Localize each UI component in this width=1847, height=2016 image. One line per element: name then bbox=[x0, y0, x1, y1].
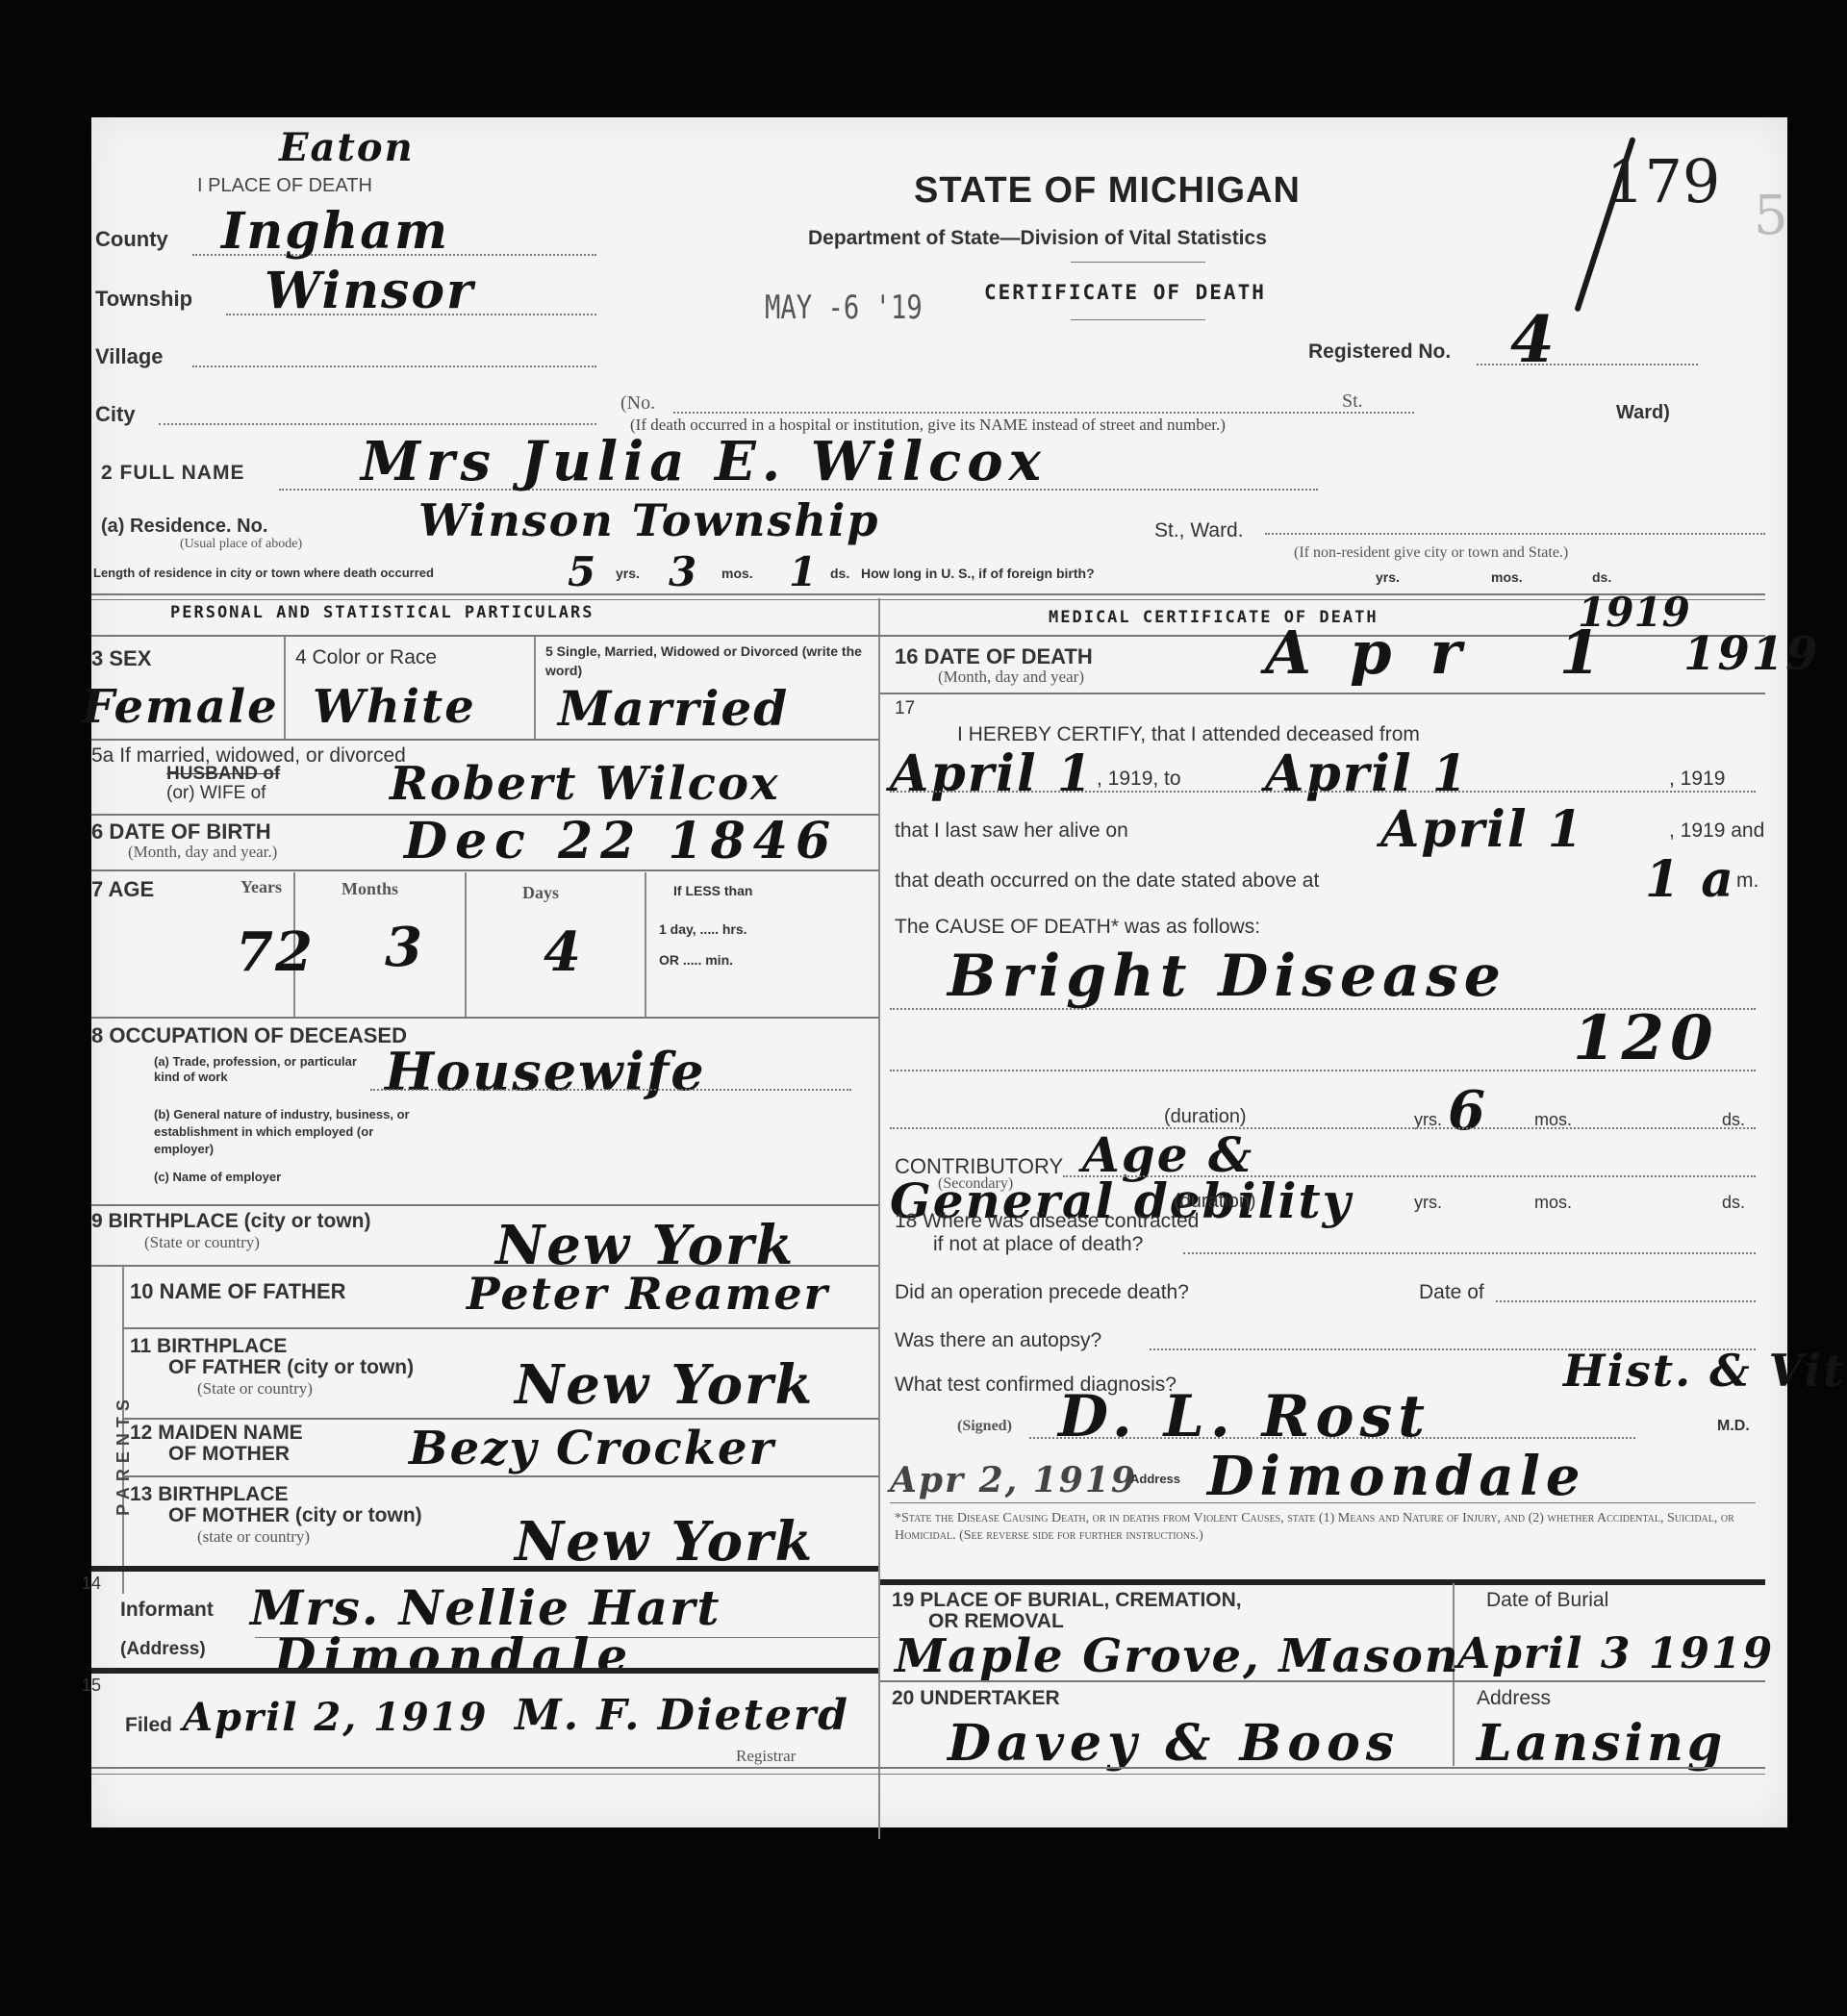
date-of-death-year: 1919 bbox=[1683, 627, 1820, 681]
filed-label: Filed bbox=[125, 1714, 172, 1737]
mother-maiden-label-2: OF MOTHER bbox=[168, 1443, 290, 1466]
occupation-a-label: (a) Trade, profession, or particular kin… bbox=[154, 1054, 366, 1085]
us-yrs-label: yrs. bbox=[1376, 569, 1400, 585]
marital-value: Married bbox=[558, 680, 789, 737]
mother-maiden-label-1: 12 MAIDEN NAME bbox=[130, 1422, 303, 1445]
occupation-value: Housewife bbox=[385, 1041, 706, 1102]
date-of-death-sublabel: (Month, day and year) bbox=[938, 668, 1084, 687]
township-value: Winsor bbox=[265, 262, 474, 320]
state-title: STATE OF MICHIGAN bbox=[914, 170, 1301, 212]
nonresident-note: (If non-resident give city or town and S… bbox=[1294, 544, 1568, 562]
informant-address-value: Dimondale bbox=[274, 1627, 635, 1684]
age-years-value: 72 bbox=[236, 920, 315, 984]
place-of-death-label: I PLACE OF DEATH bbox=[197, 175, 372, 197]
contributory-yrs-label: yrs. bbox=[1414, 1193, 1442, 1213]
informant-number: 14 bbox=[82, 1574, 101, 1594]
registered-no-label: Registered No. bbox=[1308, 340, 1451, 364]
physician-address-label: Address bbox=[1130, 1472, 1180, 1486]
dob-sublabel: (Month, day and year.) bbox=[128, 843, 277, 862]
annotation-eaton: Eaton bbox=[279, 125, 415, 170]
st-label: St. bbox=[1342, 391, 1363, 413]
cause-duration-label: (duration) bbox=[1164, 1106, 1247, 1128]
township-label: Township bbox=[95, 287, 192, 312]
age-label: 7 AGE bbox=[91, 877, 154, 902]
st-ward-label: St., Ward. bbox=[1154, 519, 1244, 542]
residence-sublabel: (Usual place of abode) bbox=[180, 537, 302, 552]
registrar-signature: M. F. Dieterd bbox=[515, 1691, 849, 1740]
ward-label: Ward) bbox=[1616, 402, 1670, 424]
physician-address-value: Dimondale bbox=[1207, 1445, 1586, 1508]
residence-value: Winson Township bbox=[418, 494, 879, 546]
length-ds-value: 1 bbox=[789, 548, 819, 595]
less-min-label: OR ..... min. bbox=[659, 952, 733, 968]
disease-contracted-label-2: if not at place of death? bbox=[933, 1233, 1143, 1256]
md-label: M.D. bbox=[1717, 1418, 1750, 1435]
spouse-label-husband: HUSBAND of bbox=[166, 764, 280, 785]
cause-footnote: *State the Disease Causing Death, or in … bbox=[895, 1510, 1751, 1545]
days-label: Days bbox=[522, 883, 559, 903]
length-residence-label: Length of residence in city or town wher… bbox=[93, 566, 434, 580]
margin-mark: 5 bbox=[1754, 185, 1788, 247]
attended-from-value: April 1 bbox=[890, 744, 1094, 803]
cause-value: Bright Disease bbox=[948, 943, 1506, 1010]
length-mos-label: mos. bbox=[721, 566, 753, 581]
employer-label: (c) Name of employer bbox=[154, 1170, 281, 1184]
city-label: City bbox=[95, 402, 136, 427]
certify-text: I HEREBY CERTIFY, that I attended deceas… bbox=[957, 723, 1420, 746]
death-certificate-page: Eaton I PLACE OF DEATH County Ingham Tow… bbox=[91, 117, 1787, 1827]
item-17-number: 17 bbox=[895, 698, 915, 719]
disease-contracted-label-1: 18 Where was disease contracted bbox=[895, 1210, 1199, 1233]
years-label: Years bbox=[240, 877, 282, 897]
father-birthplace-sublabel: (State or country) bbox=[197, 1379, 313, 1399]
last-saw-text: that I last saw her alive on bbox=[895, 819, 1128, 843]
marital-label: 5 Single, Married, Widowed or Divorced (… bbox=[545, 642, 863, 680]
mother-maiden-value: Bezy Crocker bbox=[409, 1422, 775, 1475]
occurred-time-value: 1 a bbox=[1645, 850, 1735, 909]
full-name-label: 2 FULL NAME bbox=[101, 462, 244, 485]
length-ds-label: ds. bbox=[830, 566, 849, 581]
date-of-death-value: Apr 1 bbox=[1265, 617, 1639, 688]
cause-duration-yrs-value: 6 bbox=[1448, 1079, 1487, 1143]
father-name-value: Peter Reamer bbox=[467, 1268, 829, 1320]
physician-signature: D. L. Rost bbox=[1058, 1383, 1430, 1450]
us-mos-label: mos. bbox=[1491, 569, 1523, 585]
length-yrs-value: 5 bbox=[568, 548, 597, 595]
sex-label: 3 SEX bbox=[91, 646, 151, 671]
registered-no-value: 4 bbox=[1510, 302, 1556, 377]
contributory-ds-label: ds. bbox=[1722, 1193, 1745, 1213]
mother-birthplace-value: New York bbox=[515, 1510, 814, 1574]
dob-value: Dec 22 1846 bbox=[404, 812, 838, 870]
spouse-label-wife: (or) WIFE of bbox=[166, 783, 266, 804]
filed-date-value: April 2, 1919 bbox=[183, 1695, 488, 1740]
mother-birthplace-label-1: 13 BIRTHPLACE bbox=[130, 1483, 289, 1506]
department-subtitle: Department of State—Division of Vital St… bbox=[808, 227, 1267, 250]
birthplace-label: 9 BIRTHPLACE (city or town) bbox=[91, 1210, 371, 1233]
residence-label: (a) Residence. No. bbox=[101, 516, 267, 538]
certificate-title: CERTIFICATE OF DEATH bbox=[984, 281, 1266, 304]
father-birthplace-value: New York bbox=[515, 1353, 814, 1417]
occupation-label: 8 OCCUPATION OF DECEASED bbox=[91, 1023, 407, 1048]
father-name-label: 10 NAME OF FATHER bbox=[130, 1279, 346, 1304]
undertaker-address-label: Address bbox=[1477, 1687, 1551, 1710]
village-label: Village bbox=[95, 344, 164, 369]
us-residence-label: How long in U. S., if of foreign birth? bbox=[861, 566, 1095, 581]
race-value: White bbox=[313, 680, 476, 734]
undertaker-address-value: Lansing bbox=[1477, 1714, 1726, 1773]
last-saw-year: , 1919 and bbox=[1669, 819, 1764, 843]
spouse-value: Robert Wilcox bbox=[390, 757, 780, 811]
date-of-death-label: 16 DATE OF DEATH bbox=[895, 644, 1093, 669]
birthplace-sublabel: (State or country) bbox=[144, 1233, 260, 1252]
operation-label: Did an operation precede death? bbox=[895, 1281, 1189, 1304]
age-days-value: 4 bbox=[544, 920, 583, 984]
attended-from-year: , 1919, to bbox=[1097, 768, 1181, 791]
informant-address-label: (Address) bbox=[120, 1639, 206, 1660]
less-than-label: If LESS than bbox=[673, 883, 752, 898]
contributory-mos-label: mos. bbox=[1534, 1193, 1572, 1213]
dob-label: 6 DATE OF BIRTH bbox=[91, 819, 271, 844]
us-ds-label: ds. bbox=[1592, 569, 1611, 585]
operation-date-label: Date of bbox=[1419, 1281, 1484, 1304]
length-mos-value: 3 bbox=[669, 548, 698, 595]
last-saw-value: April 1 bbox=[1380, 800, 1584, 859]
full-name-value: Mrs Julia E. Wilcox bbox=[361, 430, 1047, 493]
burial-date-value: April 3 1919 bbox=[1457, 1629, 1774, 1678]
father-birthplace-label-2: OF FATHER (city or town) bbox=[168, 1356, 414, 1379]
burial-place-value: Maple Grove, Mason bbox=[895, 1629, 1460, 1683]
mother-birthplace-sublabel: (state or country) bbox=[197, 1527, 310, 1547]
test-value: Hist. & Vit. Re bbox=[1563, 1345, 1847, 1397]
less-hrs-label: 1 day, ..... hrs. bbox=[659, 921, 747, 937]
county-label: County bbox=[95, 227, 168, 252]
undertaker-label: 20 UNDERTAKER bbox=[892, 1687, 1060, 1710]
father-birthplace-label-1: 11 BIRTHPLACE bbox=[130, 1335, 287, 1358]
race-label: 4 Color or Race bbox=[295, 646, 437, 669]
months-label: Months bbox=[342, 879, 398, 899]
occurred-m-label: m. bbox=[1736, 869, 1758, 893]
signed-label: (Signed) bbox=[957, 1418, 1012, 1435]
filed-number: 15 bbox=[82, 1676, 101, 1696]
mother-birthplace-label-2: OF MOTHER (city or town) bbox=[168, 1504, 422, 1527]
received-date-stamp: MAY -6 '19 bbox=[765, 289, 923, 327]
signed-date-value: Apr 2, 1919 bbox=[890, 1460, 1137, 1500]
length-yrs-label: yrs. bbox=[616, 566, 640, 581]
pen-stroke-mark bbox=[1574, 137, 1635, 313]
cause-code: 120 bbox=[1573, 1002, 1719, 1074]
attended-to-value: April 1 bbox=[1265, 744, 1469, 803]
undertaker-value: Davey & Boos bbox=[948, 1714, 1400, 1773]
county-value: Ingham bbox=[221, 202, 449, 261]
occurred-text: that death occurred on the date stated a… bbox=[895, 869, 1319, 893]
cause-label: The CAUSE OF DEATH* was as follows: bbox=[895, 916, 1260, 939]
personal-heading: PERSONAL AND STATISTICAL PARTICULARS bbox=[170, 603, 594, 622]
attended-to-year: , 1919 bbox=[1669, 768, 1725, 791]
registrar-label: Registrar bbox=[736, 1747, 796, 1766]
age-months-value: 3 bbox=[385, 916, 424, 979]
burial-date-label: Date of Burial bbox=[1486, 1589, 1608, 1612]
street-no-label: (No. bbox=[620, 392, 655, 415]
sex-value: Female bbox=[82, 680, 279, 734]
column-divider bbox=[878, 598, 880, 1839]
occupation-b-label: (b) General nature of industry, business… bbox=[154, 1106, 433, 1158]
autopsy-label: Was there an autopsy? bbox=[895, 1329, 1101, 1352]
burial-place-label-1: 19 PLACE OF BURIAL, CREMATION, bbox=[892, 1589, 1242, 1612]
informant-label: Informant bbox=[120, 1599, 214, 1622]
